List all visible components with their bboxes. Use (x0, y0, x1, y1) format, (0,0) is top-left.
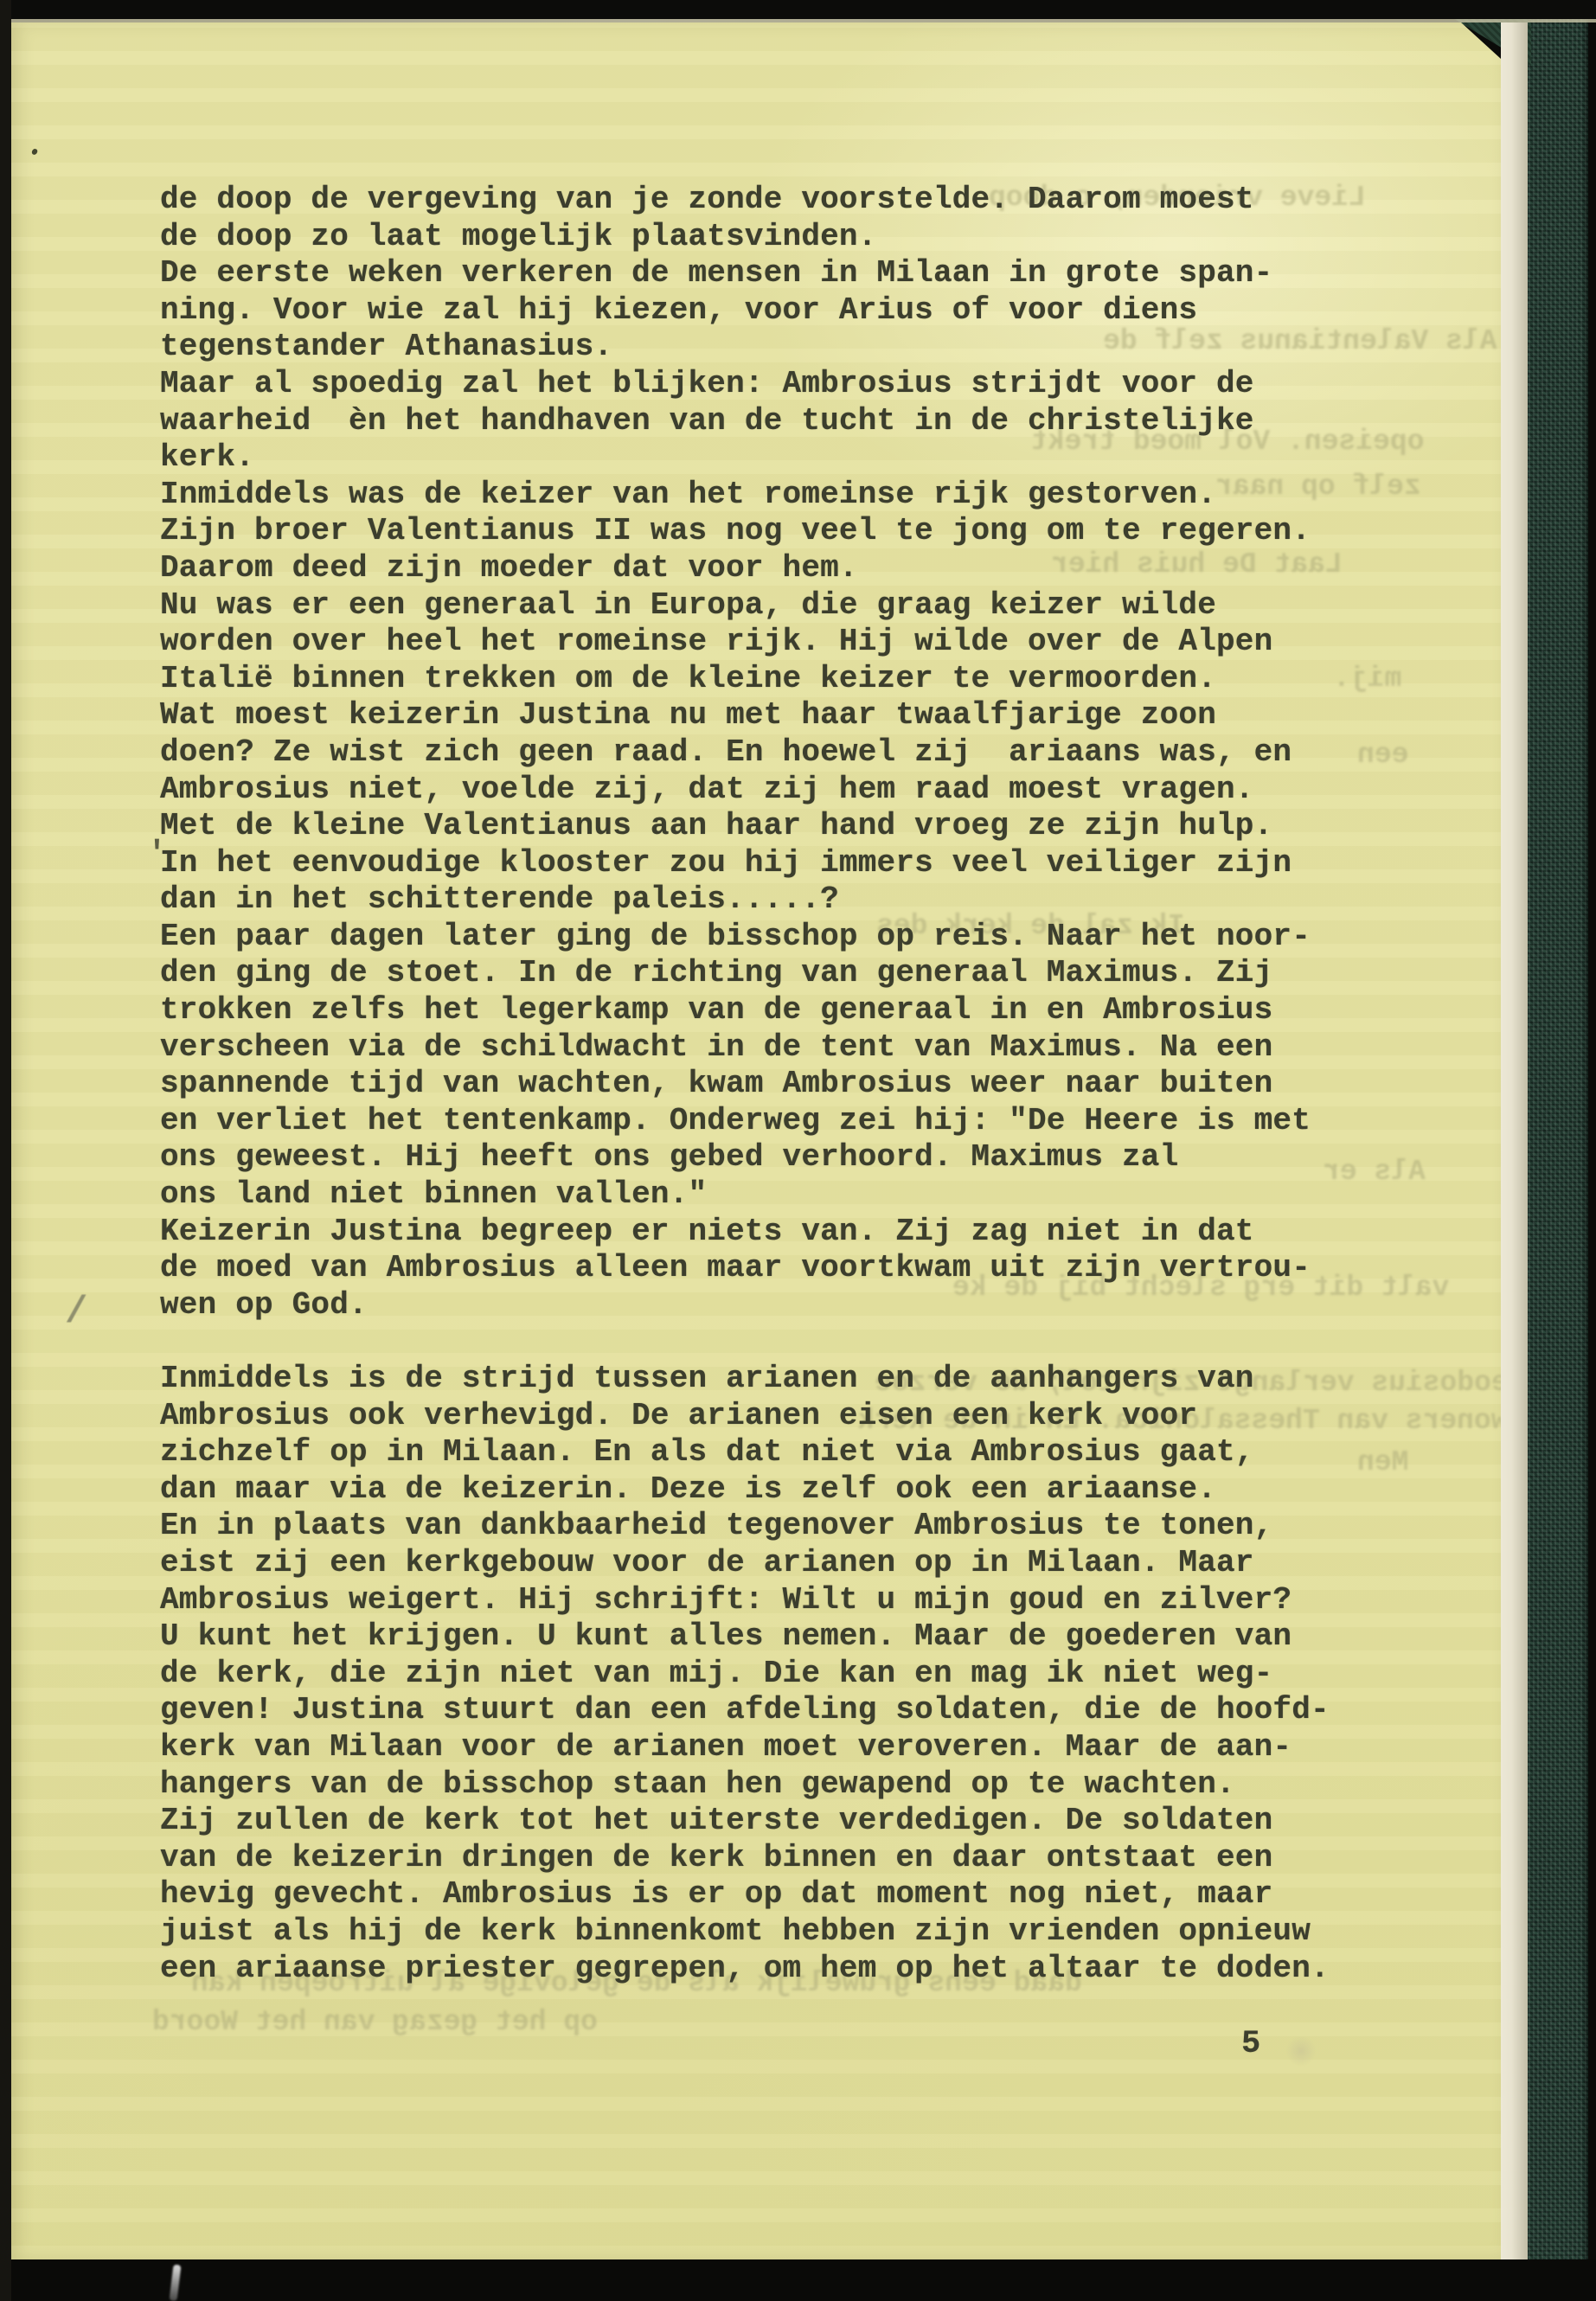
text-line: Een paar dagen later ging de bisschop op… (160, 919, 1397, 956)
left-border (0, 0, 11, 2301)
page: Lieve vrienden, o doopAls Valentianus ze… (11, 22, 1501, 2259)
text-line: den ging de stoet. In de richting van ge… (160, 955, 1397, 992)
text-line: doen? Ze wist zich geen raad. En hoewel … (160, 734, 1397, 772)
text-line: ons geweest. Hij heeft ons gebed verhoor… (160, 1139, 1397, 1176)
text-line: Ambrosius weigert. Hij schrijft: Wilt u … (160, 1582, 1397, 1619)
text-line: Keizerin Justina begreep er niets van. Z… (160, 1214, 1397, 1251)
text-line: Inmiddels was de keizer van het romeinse… (160, 477, 1397, 514)
text-line: dan maar via de keizerin. Deze is zelf o… (160, 1471, 1397, 1509)
margin-slash-mark: / (65, 1291, 87, 1334)
text-line: eist zij een kerkgebouw voor de arianen … (160, 1545, 1397, 1582)
top-border (0, 0, 1596, 19)
text-line: kerk van Milaan voor de arianen moet ver… (160, 1729, 1397, 1766)
text-line: de doop zo laat mogelijk plaatsvinden. (160, 219, 1397, 256)
text-line: de kerk, die zijn niet van mij. Die kan … (160, 1656, 1397, 1693)
text-line: Zijn broer Valentianus II was nog veel t… (160, 513, 1397, 550)
text-line: en verliet het tentenkamp. Onderweg zei … (160, 1103, 1397, 1140)
text-line: Ambrosius ook verhevigd. De arianen eise… (160, 1398, 1397, 1435)
page-number: 5 (1241, 2026, 1260, 2062)
text-line: wen op God. (160, 1287, 1397, 1324)
page-edge (1501, 22, 1528, 2259)
text-line: U kunt het krijgen. U kunt alles nemen. … (160, 1618, 1397, 1656)
text-line: Nu was er een generaal in Europa, die gr… (160, 587, 1397, 625)
text-line: Met de kleine Valentianus aan haar hand … (160, 808, 1397, 845)
text-line: juist als hij de kerk binnenkomt hebben … (160, 1913, 1397, 1951)
text-line: ning. Voor wie zal hij kiezen, voor Ariu… (160, 292, 1397, 330)
text-line: de moed van Ambrosius alleen maar voortk… (160, 1250, 1397, 1287)
text-line: Wat moest keizerin Justina nu met haar t… (160, 697, 1397, 734)
text-line: In het eenvoudige klooster zou hij immer… (160, 845, 1397, 882)
text-line: de doop de vergeving van je zonde voorst… (160, 182, 1397, 219)
text-line: Ambrosius niet, voelde zij, dat zij hem … (160, 772, 1397, 809)
text-line: De eerste weken verkeren de mensen in Mi… (160, 255, 1397, 292)
ink-speck (31, 148, 38, 156)
text-line: van de keizerin dringen de kerk binnen e… (160, 1840, 1397, 1877)
faint-smudge (1286, 2035, 1316, 2067)
text-line: En in plaats van dankbaarheid tegenover … (160, 1508, 1397, 1545)
text-line: dan in het schitterende paleis.....? (160, 881, 1397, 919)
text-line: Maar al spoedig zal het blijken: Ambrosi… (160, 366, 1397, 403)
typewritten-text-block: de doop de vergeving van je zonde voorst… (160, 182, 1397, 1987)
bottom-border (0, 2259, 1596, 2301)
text-line: hangers van de bisschop staan hen gewape… (160, 1766, 1397, 1804)
text-line: tegenstander Athanasius. (160, 329, 1397, 366)
text-line: Inmiddels is de strijd tussen arianen en… (160, 1361, 1397, 1398)
text-line: een ariaanse priester gegrepen, om hem o… (160, 1951, 1397, 1988)
text-line: verscheen via de schildwacht in de tent … (160, 1029, 1397, 1067)
text-line: kerk. (160, 439, 1397, 477)
text-line: Daarom deed zijn moeder dat voor hem. (160, 550, 1397, 587)
text-line: trokken zelfs het legerkamp van de gener… (160, 992, 1397, 1029)
text-line: geven! Justina stuurt dan een afdeling s… (160, 1692, 1397, 1729)
text-line: waarheid èn het handhaven van de tucht i… (160, 403, 1397, 440)
text-line: worden over heel het romeinse rijk. Hij … (160, 624, 1397, 661)
text-line: hevig gevecht. Ambrosius is er op dat mo… (160, 1876, 1397, 1913)
text-line: Italië binnen trekken om de kleine keize… (160, 661, 1397, 698)
stray-apostrophe-mark: ' (147, 836, 167, 873)
scanned-book-page: Lieve vrienden, o doopAls Valentianus ze… (0, 0, 1596, 2301)
bleed-through-text: op het gezag van het Woord (152, 2006, 598, 2038)
text-line: zichzelf op in Milaan. En als dat niet v… (160, 1434, 1397, 1471)
text-line (160, 1324, 1397, 1361)
book-cover-cloth (1524, 5, 1588, 2291)
text-line: Zij zullen de kerk tot het uiterste verd… (160, 1803, 1397, 1840)
text-line: ons land niet binnen vallen." (160, 1176, 1397, 1214)
text-line: spannende tijd van wachten, kwam Ambrosi… (160, 1066, 1397, 1103)
